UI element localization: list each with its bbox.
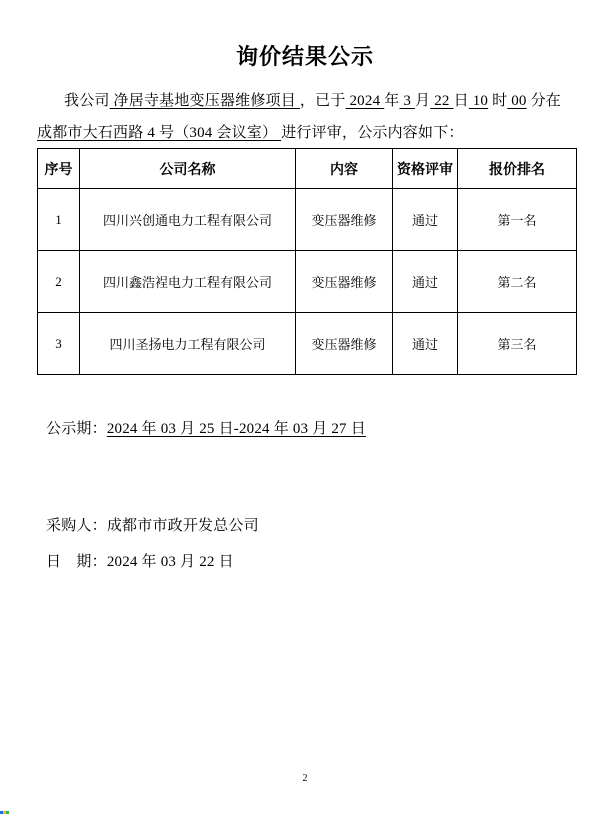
- minute-value: 00: [507, 93, 526, 109]
- cell-index: 1: [38, 189, 80, 251]
- month-value: 3: [399, 93, 415, 109]
- page-title: 询价结果公示: [0, 40, 610, 71]
- table-row: 1 四川兴创通电力工程有限公司 变压器维修 通过 第一名: [38, 189, 577, 251]
- publicity-period-value: 2024 年 03 月 25 日-2024 年 03 月 27 日: [107, 421, 366, 437]
- intro-paragraph-line2: 成都市大石西路 4 号（304 会议室） 进行评审，公示内容如下：: [37, 121, 464, 142]
- screen-corner-artifact: [0, 811, 9, 814]
- intro-text-segment: ，已于: [300, 93, 346, 109]
- table-row: 2 四川鑫浩裎电力工程有限公司 变压器维修 通过 第二名: [38, 251, 577, 313]
- intro-text-segment: 我公司: [64, 93, 110, 109]
- intro-text-segment: 年: [384, 93, 399, 109]
- cell-qualification: 通过: [393, 313, 458, 375]
- purchaser-label: 采购人：: [46, 518, 107, 534]
- intro-paragraph-line1: 我公司 净居寺基地变压器维修项目 ，已于 2024 年 3 月 22 日 10 …: [64, 89, 561, 110]
- table-row: 3 四川圣扬电力工程有限公司 变压器维修 通过 第三名: [38, 313, 577, 375]
- cell-content: 变压器维修: [296, 189, 393, 251]
- results-table: 序号 公司名称 内容 资格评审 报价排名 1 四川兴创通电力工程有限公司 变压器…: [37, 148, 577, 375]
- document-date-value: 2024 年 03 月 22 日: [107, 554, 234, 570]
- cell-rank: 第三名: [458, 313, 577, 375]
- document-page: 询价结果公示 我公司 净居寺基地变压器维修项目 ，已于 2024 年 3 月 2…: [0, 0, 610, 815]
- table-header-row: 序号 公司名称 内容 资格评审 报价排名: [38, 149, 577, 189]
- table-header: 序号 公司名称 内容 资格评审 报价排名: [38, 149, 577, 189]
- purchaser-value: 成都市市政开发总公司: [107, 518, 259, 534]
- year-value: 2024: [346, 93, 385, 109]
- column-header-index: 序号: [38, 149, 80, 189]
- publicity-period-label: 公示期：: [46, 421, 107, 437]
- column-header-content: 内容: [296, 149, 393, 189]
- cell-content: 变压器维修: [296, 251, 393, 313]
- document-date-line: 日 期：2024 年 03 月 22 日: [46, 550, 234, 571]
- cell-qualification: 通过: [393, 251, 458, 313]
- purchaser-line: 采购人：成都市市政开发总公司: [46, 514, 259, 535]
- table-body: 1 四川兴创通电力工程有限公司 变压器维修 通过 第一名 2 四川鑫浩裎电力工程…: [38, 189, 577, 375]
- hour-value: 10: [469, 93, 488, 109]
- cell-company: 四川鑫浩裎电力工程有限公司: [80, 251, 296, 313]
- cell-index: 2: [38, 251, 80, 313]
- cell-rank: 第一名: [458, 189, 577, 251]
- intro-text-segment: 时: [488, 93, 507, 109]
- document-date-label: 日 期：: [46, 554, 107, 570]
- cell-index: 3: [38, 313, 80, 375]
- artifact-dot-green: [6, 811, 9, 814]
- publicity-period-line: 公示期：2024 年 03 月 25 日-2024 年 03 月 27 日: [46, 417, 366, 438]
- address-value: 成都市大石西路 4 号（304 会议室）: [37, 125, 281, 141]
- cell-company: 四川圣扬电力工程有限公司: [80, 313, 296, 375]
- cell-qualification: 通过: [393, 189, 458, 251]
- column-header-rank: 报价排名: [458, 149, 577, 189]
- intro-text-segment: 日: [454, 93, 469, 109]
- cell-rank: 第二名: [458, 251, 577, 313]
- intro-text-segment: 进行评审，公示内容如下：: [281, 125, 463, 141]
- page-number: 2: [0, 773, 610, 784]
- intro-text-segment: 月: [415, 93, 430, 109]
- day-value: 22: [430, 93, 453, 109]
- intro-text-segment: 分在: [527, 93, 561, 109]
- cell-company: 四川兴创通电力工程有限公司: [80, 189, 296, 251]
- cell-content: 变压器维修: [296, 313, 393, 375]
- column-header-qualification: 资格评审: [393, 149, 458, 189]
- project-name-value: 净居寺基地变压器维修项目: [110, 93, 300, 109]
- column-header-company: 公司名称: [80, 149, 296, 189]
